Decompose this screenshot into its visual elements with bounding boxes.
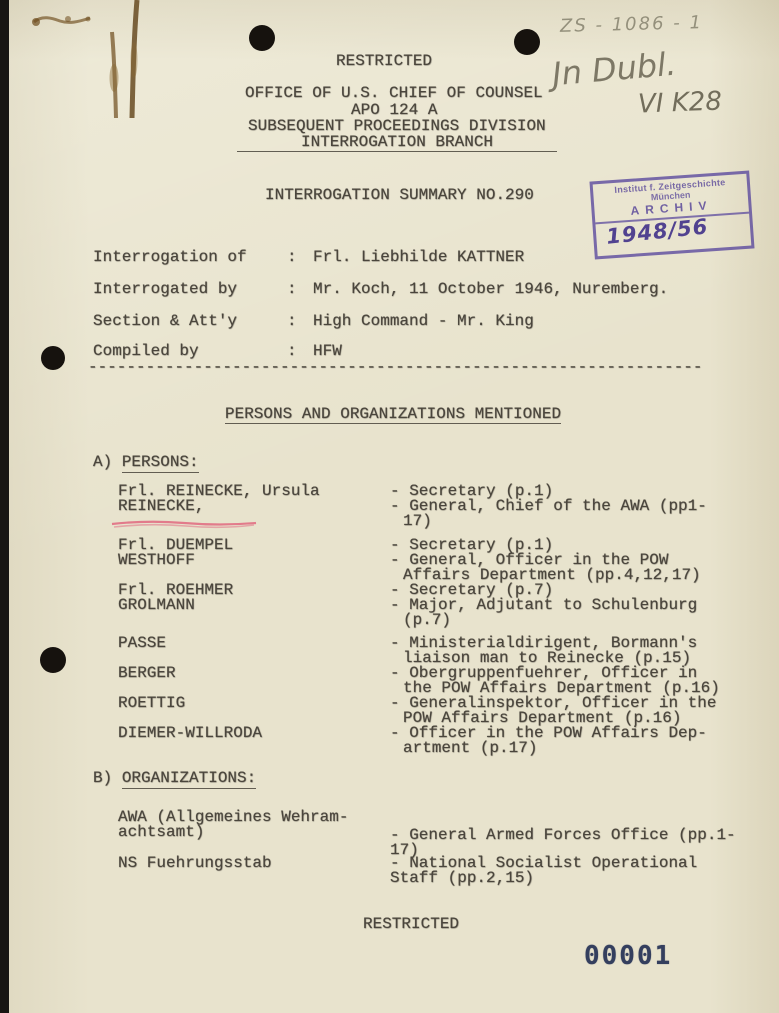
red-pencil-underline bbox=[110, 519, 258, 529]
archive-stamp: Institut f. Zeitgeschichte München ARCHI… bbox=[589, 171, 754, 260]
persons-section-label: A) PERSONS: bbox=[93, 455, 199, 470]
organization-description: - National Socialist OperationalStaff (p… bbox=[390, 856, 730, 886]
person-name: ROETTIG bbox=[118, 696, 185, 711]
ink-stain-marks bbox=[20, 0, 250, 120]
archive-reference-handwriting: ZS - 1086 - 1 bbox=[560, 12, 703, 37]
person-description: - Major, Adjutant to Schulenburg(p.7) bbox=[390, 598, 720, 628]
hole-punch-dot bbox=[514, 29, 540, 55]
section-heading: PERSONS AND ORGANIZATIONS MENTIONED bbox=[225, 407, 561, 424]
person-name: DIEMER-WILLRODA bbox=[118, 726, 262, 741]
organizations-section-label: B) ORGANIZATIONS: bbox=[93, 771, 256, 786]
person-description: - General, Officer in the POWAffairs Dep… bbox=[390, 553, 720, 583]
duplicate-note-handwriting: Jn Dubl. bbox=[551, 45, 678, 94]
division-line: SUBSEQUENT PROCEEDINGS DIVISION bbox=[248, 119, 546, 134]
person-name: WESTHOFF bbox=[118, 553, 195, 568]
detail-separator: : bbox=[287, 314, 297, 329]
detail-separator: : bbox=[287, 344, 297, 359]
apo-line: APO 124 A bbox=[351, 103, 437, 118]
detail-row-section-atty: Section & Att'y : High Command - Mr. Kin… bbox=[93, 314, 733, 331]
detail-separator: : bbox=[287, 250, 297, 265]
detail-value: HFW bbox=[313, 344, 342, 359]
person-name: REINECKE, bbox=[118, 499, 204, 514]
person-description: - General, Chief of the AWA (pp1-17) bbox=[390, 499, 720, 529]
shelf-mark-handwriting: VI K28 bbox=[638, 87, 723, 120]
organization-name: NS Fuehrungsstab bbox=[118, 856, 272, 871]
detail-separator: : bbox=[287, 282, 297, 297]
person-description: - Ministerialdirigent, Bormann'sliaison … bbox=[390, 636, 720, 666]
detail-row-interrogation-of: Interrogation of : Frl. Liebhilde KATTNE… bbox=[93, 250, 733, 267]
detail-label: Section & Att'y bbox=[93, 314, 237, 329]
hole-punch-dot bbox=[41, 346, 65, 370]
classification-top: RESTRICTED bbox=[336, 54, 432, 69]
detail-value: Frl. Liebhilde KATTNER bbox=[313, 250, 524, 265]
hole-punch-dot bbox=[40, 647, 66, 673]
detail-value: Mr. Koch, 11 October 1946, Nuremberg. bbox=[313, 282, 668, 297]
branch-line: INTERROGATION BRANCH bbox=[237, 135, 557, 152]
detail-label: Compiled by bbox=[93, 344, 199, 359]
detail-label: Interrogation of bbox=[93, 250, 247, 265]
scanned-document-page: ZS - 1086 - 1 Jn Dubl. VI K28 Institut f… bbox=[0, 0, 779, 1013]
page-number-stamp: 00001 bbox=[584, 941, 672, 971]
scan-edge bbox=[0, 0, 9, 1013]
person-description: - Officer in the POW Affairs Dep-artment… bbox=[390, 726, 720, 756]
document-title: INTERROGATION SUMMARY NO.290 bbox=[265, 188, 534, 203]
detail-label: Interrogated by bbox=[93, 282, 237, 297]
organization-name: AWA (Allgemeines Wehram-achtsamt) bbox=[118, 810, 348, 840]
orgs-label-prefix: B) bbox=[93, 769, 122, 787]
person-name: PASSE bbox=[118, 636, 166, 651]
person-name: BERGER bbox=[118, 666, 176, 681]
hole-punch-dot bbox=[249, 25, 275, 51]
person-name: GROLMANN bbox=[118, 598, 195, 613]
dashed-divider: ----------------------------------------… bbox=[88, 360, 703, 375]
person-description: - Generalinspektor, Officer in thePOW Af… bbox=[390, 696, 720, 726]
persons-label-prefix: A) bbox=[93, 453, 122, 471]
detail-row-interrogated-by: Interrogated by : Mr. Koch, 11 October 1… bbox=[93, 282, 733, 299]
person-description: - Obergruppenfuehrer, Officer inthe POW … bbox=[390, 666, 720, 696]
classification-bottom: RESTRICTED bbox=[363, 917, 459, 932]
persons-label: PERSONS: bbox=[122, 453, 199, 473]
orgs-label: ORGANIZATIONS: bbox=[122, 769, 256, 789]
detail-value: High Command - Mr. King bbox=[313, 314, 534, 329]
office-line: OFFICE OF U.S. CHIEF OF COUNSEL bbox=[245, 86, 543, 101]
